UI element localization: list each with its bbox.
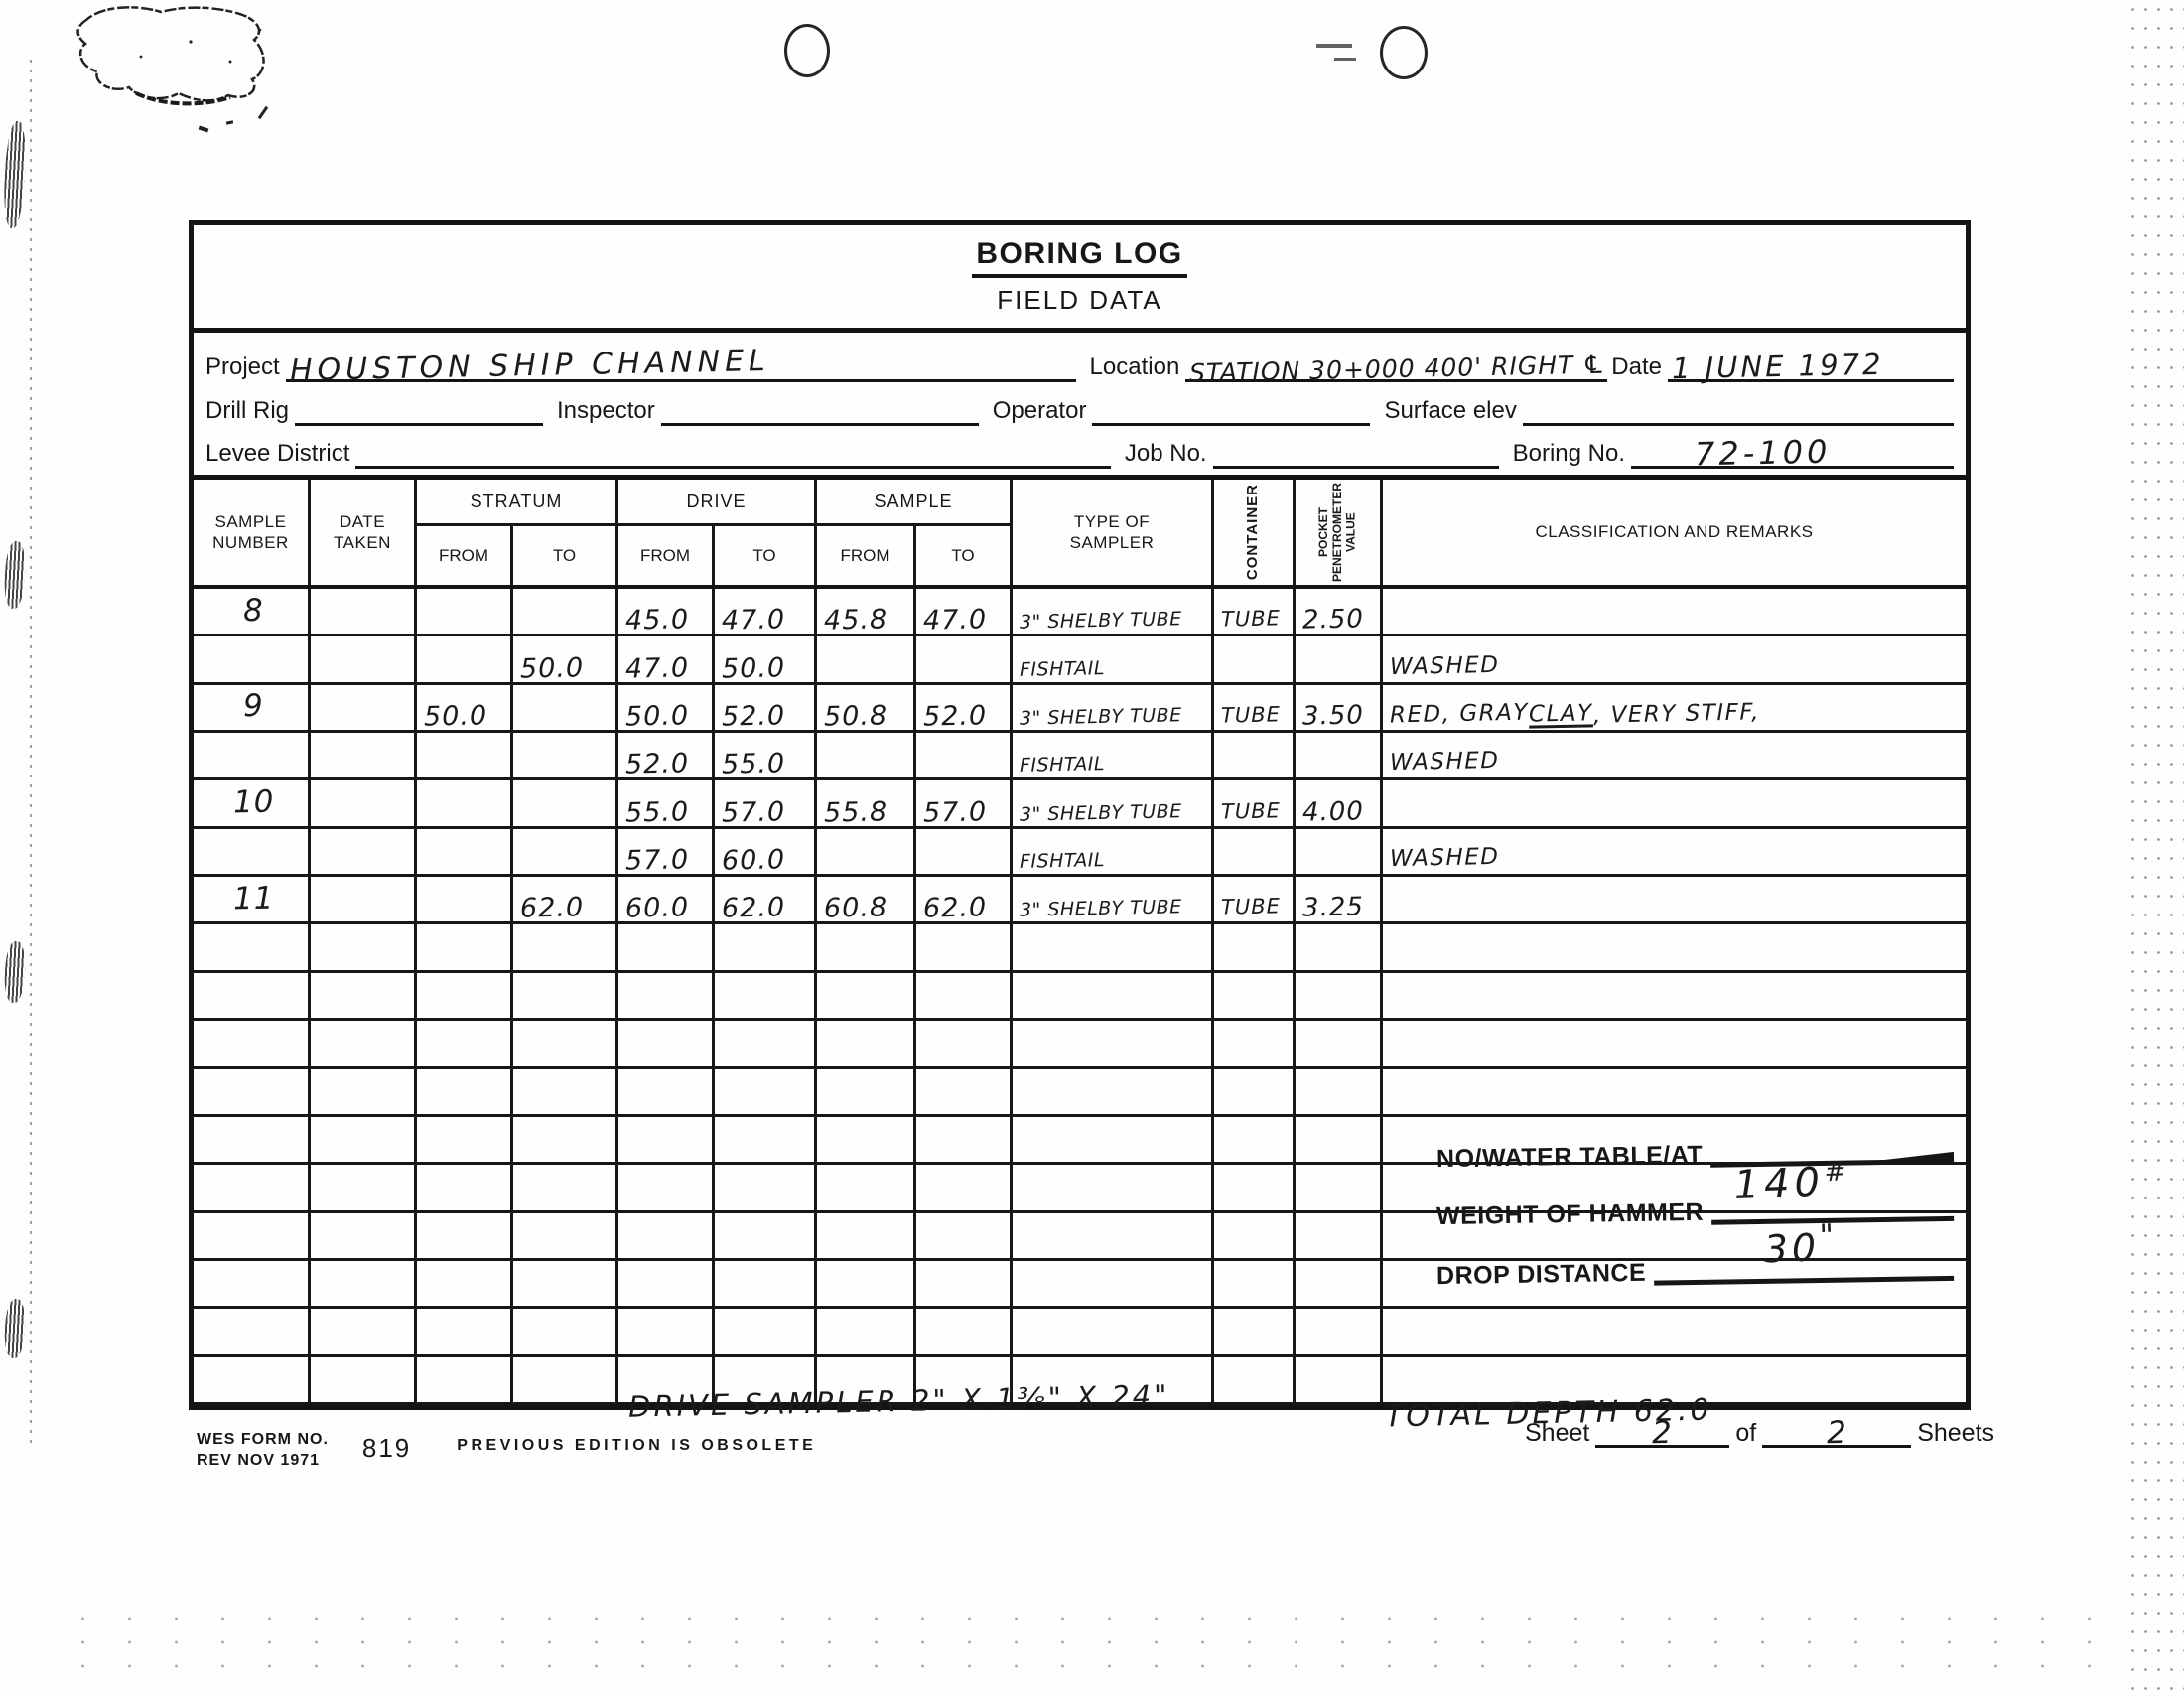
form-info-section: Project HOUSTON SHIP CHANNEL Location ST… — [194, 333, 1966, 475]
scan-fold-line — [30, 60, 32, 1450]
cell-sample-number: 10 — [194, 780, 311, 828]
cell-container — [1214, 1117, 1296, 1165]
table-header: SAMPLE NUMBER DATE TAKEN STRATUM FROM TO… — [194, 475, 1966, 589]
cell-date-taken — [311, 685, 417, 733]
cell-sampler — [1013, 1213, 1214, 1261]
cell-drive-to: 60.0 — [715, 829, 817, 877]
cell-date-taken — [311, 1261, 417, 1309]
sheet-number-field: 2 — [1595, 1418, 1729, 1448]
cell-date-taken — [311, 780, 417, 828]
handwritten-value: 2.50 — [1302, 607, 1364, 634]
cell-remarks: RED, GRAY CLAY, VERY STIFF, — [1383, 685, 1966, 733]
wes-form-no-line2: REV NOV 1971 — [197, 1451, 329, 1472]
info-row-3: Levee District Job No. Boring No. 72-100 — [205, 427, 1954, 469]
handwritten-value: CLAY — [1529, 702, 1593, 726]
cell-sampler — [1013, 1165, 1214, 1212]
cell-date-taken — [311, 1165, 417, 1212]
cell-date-taken — [311, 1021, 417, 1068]
cell-drive-from — [618, 1117, 715, 1165]
cell-stratum-to: 62.0 — [513, 877, 618, 924]
cell-sample-number — [194, 924, 311, 972]
cell-drive-from — [618, 973, 715, 1021]
cell-drive-from — [618, 924, 715, 972]
cell-drive-to — [715, 1117, 817, 1165]
cell-sample-to — [916, 1117, 1013, 1165]
cell-drive-from: 50.0 — [618, 685, 715, 733]
handwritten-value: 55.0 — [625, 798, 690, 826]
cell-sample-to — [916, 1261, 1013, 1309]
project-label: Project — [205, 353, 286, 382]
cell-container — [1214, 829, 1296, 877]
binder-smudge — [3, 541, 27, 610]
handwritten-value: TUBE — [1221, 897, 1281, 918]
cell-container: TUBE — [1214, 877, 1296, 924]
scan-noise-band — [60, 1607, 2115, 1680]
drive-sampler-note: DRIVE SAMPLER 2" X 1⅜" X 24" — [628, 1381, 1170, 1421]
cell-sample-from — [817, 733, 916, 780]
handwritten-value: 50.8 — [824, 702, 888, 730]
cell-stratum-to — [513, 685, 618, 733]
sheets-total-field: 2 — [1762, 1418, 1911, 1448]
cell-date-taken — [311, 589, 417, 636]
cell-remarks — [1383, 877, 1966, 924]
handwritten-value: 57.0 — [923, 798, 988, 826]
cell-sample-from — [817, 636, 916, 684]
cell-remarks — [1383, 924, 1966, 972]
cell-drive-from — [618, 1069, 715, 1117]
levee-district-label: Levee District — [205, 440, 355, 469]
water-table-label: NO/WATER TABLE/AT — [1436, 1141, 1704, 1174]
cell-sample-to: 52.0 — [916, 685, 1013, 733]
obsolete-note: PREVIOUS EDITION IS OBSOLETE — [457, 1437, 816, 1455]
handwritten-value: 3" SHELBY TUBE — [1020, 802, 1182, 824]
cell-sample-from — [817, 829, 916, 877]
drill-rig-label: Drill Rig — [205, 397, 295, 426]
cell-date-taken — [311, 1213, 417, 1261]
handwritten-value: WASHED — [1390, 846, 1500, 871]
handwritten-value: TUBE — [1221, 609, 1281, 631]
handwritten-value: RED, GRAY — [1390, 702, 1529, 728]
cell-penetrometer — [1296, 1357, 1383, 1405]
cell-sample-number — [194, 829, 311, 877]
col-header-sample-to: TO — [916, 526, 1010, 585]
cell-sample-number — [194, 1021, 311, 1068]
hammer-label: WEIGHT OF HAMMER — [1436, 1198, 1705, 1231]
handwritten-value: 4.00 — [1302, 798, 1364, 825]
cell-penetrometer — [1296, 829, 1383, 877]
cell-sampler — [1013, 973, 1214, 1021]
cell-penetrometer: 3.25 — [1296, 877, 1383, 924]
cell-sample-to — [916, 973, 1013, 1021]
cell-stratum-from — [417, 1021, 513, 1068]
cell-stratum-to — [513, 1357, 618, 1405]
cell-container — [1214, 733, 1296, 780]
date-field: 1 JUNE 1972 — [1668, 341, 1954, 382]
cell-stratum-to — [513, 924, 618, 972]
cell-stratum-to — [513, 973, 618, 1021]
cell-remarks: WASHED — [1383, 733, 1966, 780]
cell-penetrometer — [1296, 1165, 1383, 1212]
cell-date-taken — [311, 924, 417, 972]
cell-sample-number — [194, 1357, 311, 1405]
cell-stratum-to — [513, 1213, 618, 1261]
cell-sample-from — [817, 1165, 916, 1212]
cell-sample-from: 60.8 — [817, 877, 916, 924]
col-header-stratum: STRATUM — [417, 480, 615, 526]
cell-remarks — [1383, 1021, 1966, 1068]
binder-smudge — [2, 121, 28, 229]
boring-no-label: Boring No. — [1513, 440, 1631, 469]
form-number: 819 — [362, 1433, 411, 1464]
handwritten-value: 62.0 — [923, 895, 988, 922]
cell-sample-to — [916, 1213, 1013, 1261]
cell-drive-from: 55.0 — [618, 780, 715, 828]
footer-form-id: WES FORM NO. REV NOV 1971 819 PREVIOUS E… — [197, 1430, 816, 1472]
cell-stratum-from — [417, 1069, 513, 1117]
cell-stratum-from — [417, 1213, 513, 1261]
col-header-pocket-penetrometer: POCKET PENETROMETER VALUE — [1296, 480, 1383, 585]
sheet-number-handwritten: 2 — [1652, 1418, 1673, 1449]
cell-stratum-to — [513, 780, 618, 828]
location-handwritten-value: STATION 30+000 400' RIGHT ℄ — [1189, 352, 1606, 386]
inspector-label: Inspector — [557, 397, 661, 426]
handwritten-value: 45.0 — [625, 607, 690, 634]
inspector-field — [661, 384, 979, 426]
handwritten-value: 57.0 — [625, 846, 690, 874]
stain-mark — [42, 2, 349, 116]
handwritten-value: 50.0 — [424, 702, 488, 730]
cell-drive-from — [618, 1165, 715, 1212]
location-field: STATION 30+000 400' RIGHT ℄ — [1185, 341, 1607, 382]
binder-smudge — [3, 941, 26, 1004]
cell-penetrometer — [1296, 924, 1383, 972]
cell-stratum-to — [513, 733, 618, 780]
cell-sample-number — [194, 1213, 311, 1261]
cell-sample-number — [194, 1165, 311, 1212]
cell-drive-to — [715, 1165, 817, 1212]
handwritten-value: 50.0 — [520, 654, 585, 682]
cell-drive-from: 57.0 — [618, 829, 715, 877]
handwritten-value: 3" SHELBY TUBE — [1020, 706, 1182, 728]
handwritten-value: 11 — [232, 883, 274, 915]
cell-stratum-to — [513, 1261, 618, 1309]
cell-penetrometer — [1296, 1021, 1383, 1068]
info-row-2: Drill Rig Inspector Operator Surface ele… — [205, 384, 1954, 426]
cell-stratum-from — [417, 877, 513, 924]
cell-stratum-from — [417, 1309, 513, 1356]
handwritten-value: 47.0 — [923, 607, 988, 634]
col-header-type-of-sampler: TYPE OF SAMPLER — [1013, 480, 1214, 585]
form-title-section: BORING LOG FIELD DATA — [194, 225, 1966, 333]
cell-drive-from — [618, 1021, 715, 1068]
cell-container — [1214, 1021, 1296, 1068]
cell-sample-to — [916, 733, 1013, 780]
cell-date-taken — [311, 733, 417, 780]
cell-sample-to — [916, 1309, 1013, 1356]
cell-stratum-to — [513, 1309, 618, 1356]
sheets-total-handwritten: 2 — [1827, 1418, 1847, 1449]
cell-sample-to: 57.0 — [916, 780, 1013, 828]
cell-drive-to: 57.0 — [715, 780, 817, 828]
cell-sampler: 3" SHELBY TUBE — [1013, 780, 1214, 828]
cell-drive-from: 60.0 — [618, 877, 715, 924]
cell-sample-from — [817, 973, 916, 1021]
cell-container — [1214, 973, 1296, 1021]
levee-district-field — [355, 427, 1111, 469]
cell-date-taken — [311, 973, 417, 1021]
cell-date-taken — [311, 1357, 417, 1405]
cell-sample-to — [916, 636, 1013, 684]
cell-stratum-from — [417, 1261, 513, 1309]
cell-drive-to: 52.0 — [715, 685, 817, 733]
cell-remarks — [1383, 973, 1966, 1021]
handwritten-value: 3.50 — [1302, 702, 1364, 729]
cell-sampler: 3" SHELBY TUBE — [1013, 877, 1214, 924]
cell-date-taken — [311, 1117, 417, 1165]
cell-stratum-to — [513, 1165, 618, 1212]
project-field: HOUSTON SHIP CHANNEL — [286, 341, 1076, 382]
job-no-label: Job No. — [1125, 440, 1213, 469]
cell-sample-to — [916, 924, 1013, 972]
handwritten-value: 55.0 — [722, 751, 786, 778]
handwritten-value: 3" SHELBY TUBE — [1020, 899, 1182, 920]
scan-dash — [1316, 44, 1352, 48]
handwritten-value: FISHTAIL — [1020, 756, 1105, 776]
cell-container: TUBE — [1214, 589, 1296, 636]
cell-drive-to: 55.0 — [715, 733, 817, 780]
handwritten-value: TUBE — [1221, 800, 1281, 822]
cell-sampler: FISHTAIL — [1013, 636, 1214, 684]
cell-container — [1214, 1069, 1296, 1117]
cell-container: TUBE — [1214, 780, 1296, 828]
scanned-boring-log-page: BORING LOG FIELD DATA Project HOUSTON SH… — [0, 0, 2184, 1690]
cell-sample-to: 47.0 — [916, 589, 1013, 636]
cell-penetrometer: 2.50 — [1296, 589, 1383, 636]
cell-drive-to — [715, 1261, 817, 1309]
cell-drive-from: 45.0 — [618, 589, 715, 636]
cell-penetrometer — [1296, 733, 1383, 780]
cell-penetrometer — [1296, 636, 1383, 684]
location-label: Location — [1090, 353, 1186, 382]
handwritten-value: 52.0 — [625, 751, 690, 778]
cell-sample-number: 9 — [194, 685, 311, 733]
handwritten-value: 10 — [232, 787, 274, 819]
cell-drive-to — [715, 973, 817, 1021]
col-group-drive: DRIVE FROM TO — [618, 480, 817, 585]
cell-stratum-from — [417, 636, 513, 684]
cell-drive-to — [715, 1021, 817, 1068]
cell-stratum-from — [417, 1165, 513, 1212]
drop-distance-handwritten-value: 30" — [1763, 1221, 1840, 1268]
cell-sampler: 3" SHELBY TUBE — [1013, 589, 1214, 636]
col-header-date-taken: DATE TAKEN — [311, 480, 417, 585]
cell-drive-to: 62.0 — [715, 877, 817, 924]
cell-stratum-from — [417, 1117, 513, 1165]
handwritten-value: 50.0 — [722, 654, 786, 682]
cell-remarks: WASHED — [1383, 636, 1966, 684]
cell-penetrometer: 4.00 — [1296, 780, 1383, 828]
cell-sampler — [1013, 1309, 1214, 1356]
cell-sample-to — [916, 1069, 1013, 1117]
cell-drive-to: 50.0 — [715, 636, 817, 684]
cell-drive-to — [715, 1309, 817, 1356]
boring-no-handwritten-value: 72-100 — [1695, 436, 1832, 471]
sheet-label: Sheet — [1525, 1419, 1589, 1448]
cell-sampler — [1013, 1117, 1214, 1165]
cell-sample-from: 55.8 — [817, 780, 916, 828]
cell-stratum-to — [513, 1117, 618, 1165]
drop-distance-unit: " — [1819, 1218, 1839, 1255]
cell-date-taken — [311, 829, 417, 877]
cell-drive-to — [715, 924, 817, 972]
cell-stratum-to — [513, 589, 618, 636]
handwritten-value: 52.0 — [722, 702, 786, 730]
scan-noise-band — [2126, 0, 2184, 1690]
cell-stratum-from — [417, 780, 513, 828]
cell-sampler — [1013, 1021, 1214, 1068]
col-header-stratum-to: TO — [513, 526, 615, 585]
form-title: BORING LOG — [972, 237, 1186, 278]
wes-form-no: WES FORM NO. REV NOV 1971 — [197, 1430, 329, 1472]
of-label: of — [1735, 1419, 1756, 1448]
cell-penetrometer — [1296, 1069, 1383, 1117]
cell-sample-to — [916, 1165, 1013, 1212]
handwritten-value: 55.8 — [824, 798, 888, 826]
sheets-label: Sheets — [1917, 1419, 1994, 1448]
binder-smudge — [3, 1299, 26, 1359]
cell-stratum-from: 50.0 — [417, 685, 513, 733]
cell-remarks: WASHED — [1383, 829, 1966, 877]
handwritten-value: 50.0 — [625, 702, 690, 730]
job-no-field — [1213, 427, 1499, 469]
handwritten-value: 62.0 — [520, 895, 585, 922]
footer-sheet-count: Sheet 2 of 2 Sheets — [1525, 1418, 1994, 1448]
info-row-1: Project HOUSTON SHIP CHANNEL Location ST… — [205, 341, 1954, 382]
handwritten-value: 52.0 — [923, 702, 988, 730]
col-header-sample-from: FROM — [817, 526, 916, 585]
cell-remarks — [1383, 1309, 1966, 1356]
cell-sample-from — [817, 1021, 916, 1068]
handwritten-value: 60.8 — [824, 895, 888, 922]
operator-label: Operator — [993, 397, 1093, 426]
cell-sampler: FISHTAIL — [1013, 829, 1214, 877]
cell-drive-to — [715, 1213, 817, 1261]
hole-punch-left — [784, 24, 830, 77]
col-header-classification: CLASSIFICATION AND REMARKS — [1383, 480, 1966, 585]
cell-stratum-from — [417, 973, 513, 1021]
cell-sample-number — [194, 1261, 311, 1309]
cell-sample-number — [194, 733, 311, 780]
cell-sampler — [1013, 1069, 1214, 1117]
cell-sample-from — [817, 924, 916, 972]
handwritten-value: 3" SHELBY TUBE — [1020, 611, 1182, 633]
operator-field — [1092, 384, 1370, 426]
cell-container — [1214, 1213, 1296, 1261]
hammer-handwritten-value: 140# — [1733, 1159, 1852, 1205]
cell-drive-from: 52.0 — [618, 733, 715, 780]
cell-remarks — [1383, 780, 1966, 828]
cell-penetrometer: 3.50 — [1296, 685, 1383, 733]
cell-container: TUBE — [1214, 685, 1296, 733]
cell-penetrometer — [1296, 1117, 1383, 1165]
handwritten-value: 62.0 — [722, 895, 786, 922]
hammer-unit: # — [1824, 1157, 1851, 1188]
cell-stratum-to — [513, 829, 618, 877]
cell-date-taken — [311, 877, 417, 924]
cell-sample-number — [194, 1117, 311, 1165]
drop-distance-label: DROP DISTANCE — [1436, 1259, 1647, 1291]
form-subtitle: FIELD DATA — [997, 285, 1161, 316]
penetrometer-vertical-label: POCKET PENETROMETER VALUE — [1317, 483, 1358, 582]
col-group-stratum: STRATUM FROM TO — [417, 480, 618, 585]
surface-elev-field — [1523, 384, 1954, 426]
cell-drive-to — [715, 1069, 817, 1117]
cell-stratum-to: 50.0 — [513, 636, 618, 684]
cell-date-taken — [311, 1309, 417, 1356]
cell-sample-number — [194, 636, 311, 684]
handwritten-value: 47.0 — [722, 607, 786, 634]
cell-sample-from — [817, 1309, 916, 1356]
handwritten-value: 47.0 — [625, 654, 690, 682]
cell-container — [1214, 1357, 1296, 1405]
cell-stratum-from — [417, 829, 513, 877]
col-group-sample: SAMPLE FROM TO — [817, 480, 1013, 585]
handwritten-value: 8 — [243, 595, 264, 626]
cell-container — [1214, 1309, 1296, 1356]
cell-sampler — [1013, 1261, 1214, 1309]
cell-remarks — [1383, 589, 1966, 636]
handwritten-value: 60.0 — [625, 895, 690, 922]
col-header-drive: DRIVE — [618, 480, 814, 526]
boring-no-field: 72-100 — [1631, 427, 1954, 469]
cell-sample-to: 62.0 — [916, 877, 1013, 924]
cell-sample-from — [817, 1213, 916, 1261]
cell-container — [1214, 1261, 1296, 1309]
cell-sample-number: 8 — [194, 589, 311, 636]
cell-sample-to — [916, 829, 1013, 877]
cell-stratum-from — [417, 733, 513, 780]
drill-rig-field — [295, 384, 543, 426]
cell-drive-from — [618, 1261, 715, 1309]
cell-sample-number — [194, 1069, 311, 1117]
pen-mark — [199, 126, 209, 133]
handwritten-value: 9 — [243, 691, 264, 722]
hole-punch-right — [1380, 26, 1428, 79]
cell-stratum-from — [417, 924, 513, 972]
col-header-container: CONTAINER — [1214, 480, 1296, 585]
cell-penetrometer — [1296, 1261, 1383, 1309]
cell-drive-from — [618, 1309, 715, 1356]
cell-stratum-to — [513, 1069, 618, 1117]
handwritten-value: WASHED — [1390, 750, 1500, 775]
cell-sample-from — [817, 1261, 916, 1309]
project-handwritten-value: HOUSTON SHIP CHANNEL — [289, 347, 769, 386]
cell-sample-to — [916, 1021, 1013, 1068]
handwritten-value: , VERY STIFF, — [1592, 701, 1759, 728]
cell-drive-to: 47.0 — [715, 589, 817, 636]
handwritten-value: 57.0 — [722, 798, 786, 826]
cell-container — [1214, 636, 1296, 684]
date-handwritten-value: 1 JUNE 1972 — [1672, 351, 1884, 383]
cell-sampler: FISHTAIL — [1013, 733, 1214, 780]
cell-sample-from — [817, 1069, 916, 1117]
pen-mark — [226, 120, 233, 124]
cell-sample-from: 45.8 — [817, 589, 916, 636]
cell-penetrometer — [1296, 1213, 1383, 1261]
cell-sample-from: 50.8 — [817, 685, 916, 733]
col-header-drive-to: TO — [715, 526, 814, 585]
handwritten-value: 60.0 — [722, 846, 786, 874]
